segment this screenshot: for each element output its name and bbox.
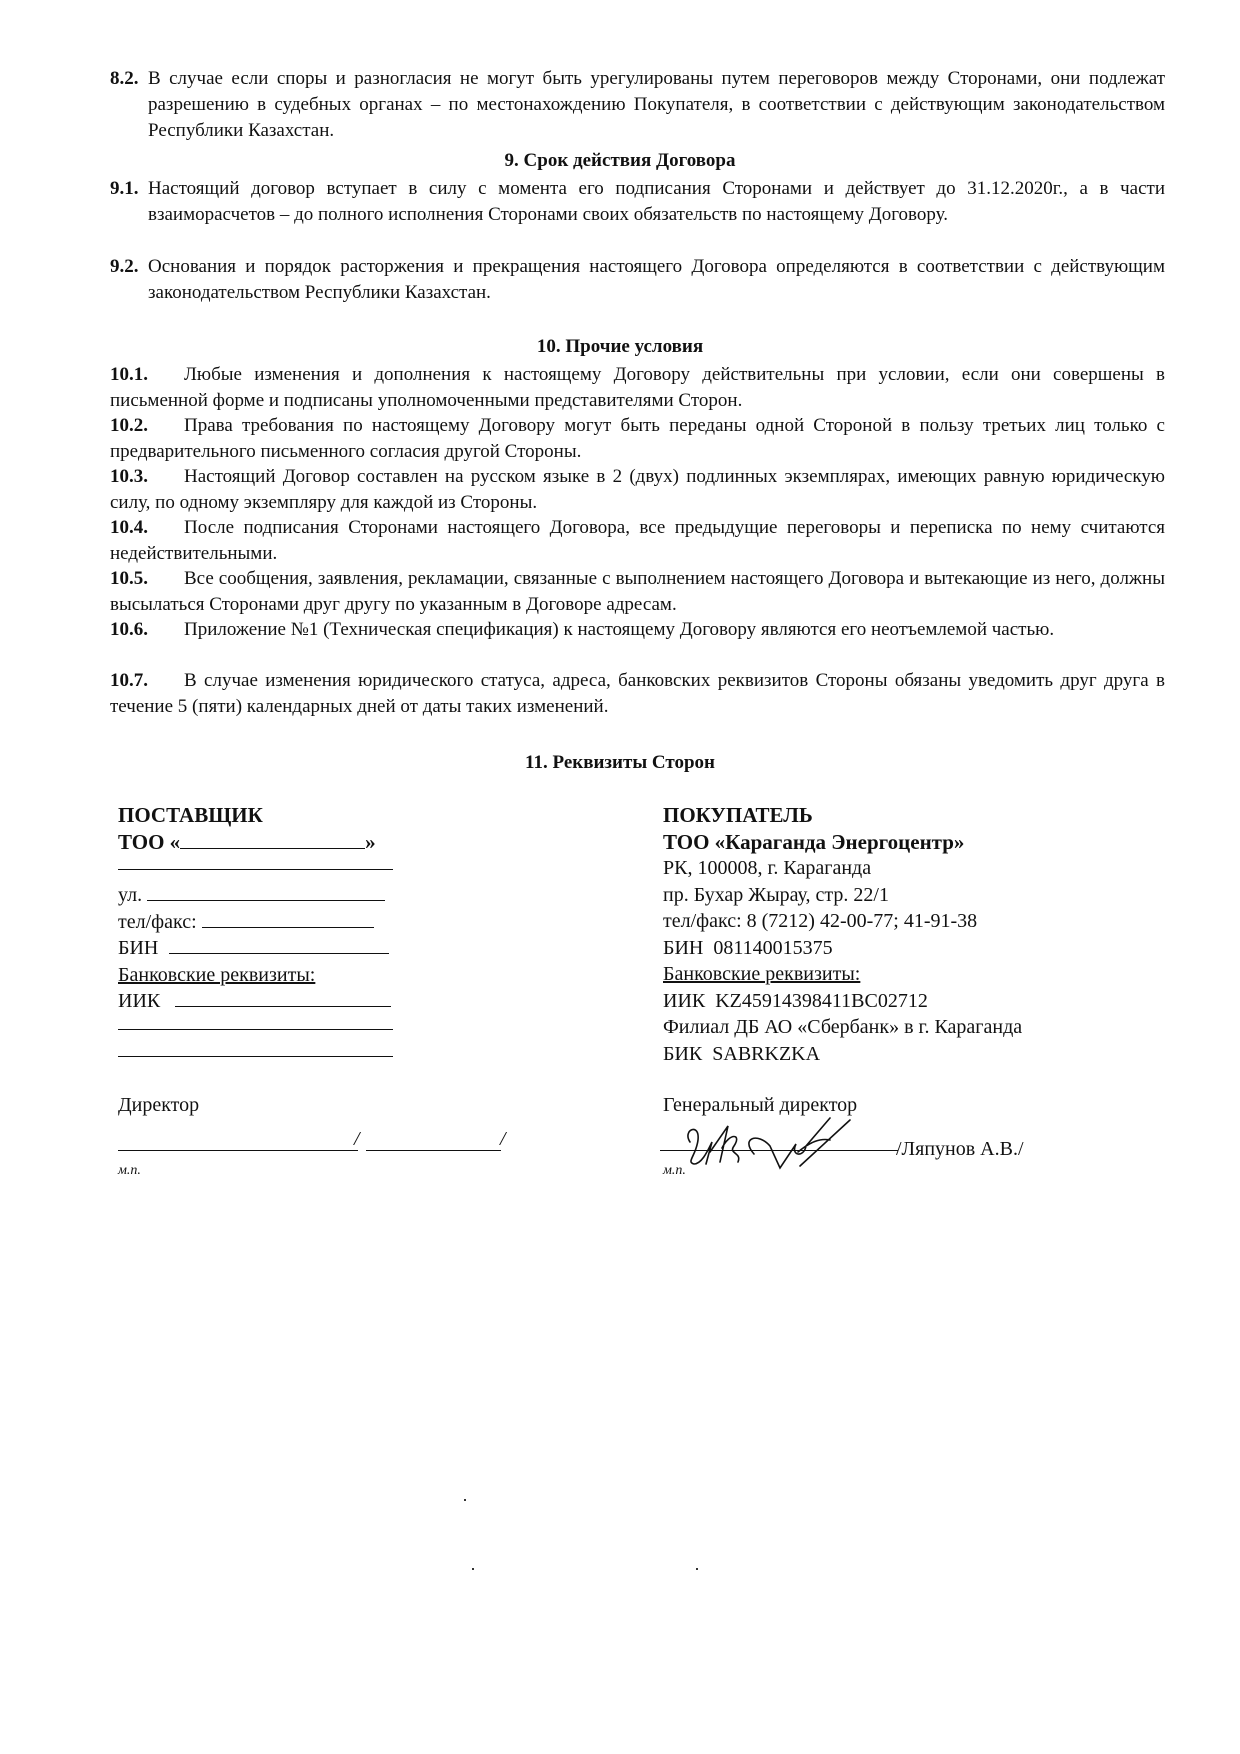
buyer-phone: тел/факс: 8 (7212) 42-00-77; 41-91-38 — [663, 908, 1113, 935]
supplier-blank-line[interactable] — [118, 855, 393, 870]
signature-slash: / — [500, 1128, 506, 1151]
supplier-role: ПОСТАВЩИК — [118, 802, 418, 829]
clause-number: 8.2. — [110, 66, 139, 92]
supplier-iik-label: ИИК — [118, 990, 160, 1012]
buyer-bank-label: Банковские реквизиты: — [663, 961, 1113, 988]
supplier-street-blank[interactable] — [147, 882, 385, 901]
handwritten-signature-icon — [680, 1112, 880, 1172]
supplier-company-prefix: ТОО « — [118, 830, 180, 854]
section-9-title: 9. Срок действия Договора — [0, 150, 1240, 172]
supplier-bin: БИН — [118, 935, 418, 962]
buyer-address-2: пр. Бухар Жырау, стр. 22/1 — [663, 882, 1113, 909]
supplier-phone: тел/факс: — [118, 909, 418, 936]
buyer-company: ТОО «Караганда Энергоцентр» — [663, 829, 1113, 856]
clause-number: 10.5. — [110, 566, 148, 592]
buyer-details: ПОКУПАТЕЛЬ ТОО «Караганда Энергоцентр» Р… — [663, 802, 1113, 1067]
section-11-title: 11. Реквизиты Сторон — [0, 752, 1240, 774]
supplier-phone-label: тел/факс: — [118, 911, 197, 933]
supplier-bank-line-1[interactable] — [118, 1015, 393, 1030]
clause-text: Основания и порядок расторжения и прекра… — [110, 254, 1165, 306]
supplier-bank-label: Банковские реквизиты: — [118, 962, 418, 989]
clause-10-4: 10.4. После подписания Сторонами настоящ… — [110, 515, 1165, 567]
supplier-street-label: ул. — [118, 884, 142, 906]
clause-10-5: 10.5. Все сообщения, заявления, рекламац… — [110, 566, 1165, 618]
buyer-bank-name: Филиал ДБ АО «Сбербанк» в г. Караганда — [663, 1014, 1113, 1041]
supplier-stamp-label: м.п. — [118, 1163, 141, 1179]
clause-number: 10.3. — [110, 464, 148, 490]
supplier-iik-blank[interactable] — [175, 988, 391, 1007]
supplier-company-blank[interactable] — [180, 830, 365, 849]
supplier-bank-line-2[interactable] — [118, 1042, 393, 1057]
clause-10-6: 10.6. Приложение №1 (Техническая специфи… — [110, 617, 1165, 643]
supplier-details: ПОСТАВЩИК ТОО «» ул. тел/факс: БИН Банко… — [118, 802, 418, 1069]
buyer-signer-name: /Ляпунов А.В./ — [896, 1136, 1024, 1163]
clause-10-2: 10.2. Права требования по настоящему Дог… — [110, 413, 1165, 465]
clause-number: 10.7. — [110, 668, 148, 694]
buyer-iik: ИИК KZ45914398411BC02712 — [663, 988, 1113, 1015]
clause-number: 10.1. — [110, 362, 148, 388]
clause-number: 9.2. — [110, 254, 139, 280]
supplier-signer-title: Директор — [118, 1092, 199, 1119]
clause-text: Настоящий Договор составлен на русском я… — [110, 464, 1165, 516]
supplier-iik: ИИК — [118, 988, 418, 1015]
clause-10-1: 10.1. Любые изменения и дополнения к нас… — [110, 362, 1165, 414]
clause-number: 10.2. — [110, 413, 148, 439]
buyer-stamp-label: м.п. — [663, 1163, 686, 1179]
supplier-signature-line[interactable] — [118, 1150, 358, 1151]
clause-10-3: 10.3. Настоящий Договор составлен на рус… — [110, 464, 1165, 516]
clause-text: Любые изменения и дополнения к настоящем… — [110, 362, 1165, 414]
clause-text: Все сообщения, заявления, рекламации, св… — [110, 566, 1165, 618]
clause-9-2: 9.2. Основания и порядок расторжения и п… — [110, 254, 1165, 306]
buyer-role: ПОКУПАТЕЛЬ — [663, 802, 1113, 829]
clause-text: После подписания Сторонами настоящего До… — [110, 515, 1165, 567]
clause-9-1: 9.1. Настоящий договор вступает в силу с… — [110, 176, 1165, 228]
supplier-company-suffix: » — [365, 830, 376, 854]
clause-number: 10.6. — [110, 617, 148, 643]
supplier-name-line[interactable] — [366, 1150, 501, 1151]
supplier-bin-label: БИН — [118, 937, 158, 959]
clause-number: 10.4. — [110, 515, 148, 541]
scan-speck — [464, 1499, 466, 1501]
clause-text: В случае изменения юридического статуса,… — [110, 668, 1165, 720]
clause-10-7: 10.7. В случае изменения юридического ст… — [110, 668, 1165, 720]
clause-text: В случае если споры и разногласия не мог… — [110, 66, 1165, 144]
contract-page: 8.2. В случае если споры и разногласия н… — [0, 0, 1240, 1754]
supplier-street: ул. — [118, 882, 418, 909]
buyer-bik: БИК SABRKZKA — [663, 1041, 1113, 1068]
clause-text: Права требования по настоящему Договору … — [110, 413, 1165, 465]
scan-speck — [696, 1568, 698, 1570]
clause-number: 9.1. — [110, 176, 139, 202]
section-10-title: 10. Прочие условия — [0, 336, 1240, 358]
supplier-company: ТОО «» — [118, 829, 418, 856]
supplier-phone-blank[interactable] — [202, 909, 374, 928]
buyer-bin: БИН 081140015375 — [663, 935, 1113, 962]
scan-speck — [472, 1568, 474, 1570]
supplier-bin-blank[interactable] — [169, 935, 389, 954]
clause-text: Настоящий договор вступает в силу с моме… — [110, 176, 1165, 228]
clause-8-2: 8.2. В случае если споры и разногласия н… — [110, 66, 1165, 144]
buyer-address-1: РК, 100008, г. Караганда — [663, 855, 1113, 882]
clause-text: Приложение №1 (Техническая спецификация)… — [110, 617, 1165, 643]
signature-slash: / — [354, 1128, 360, 1151]
